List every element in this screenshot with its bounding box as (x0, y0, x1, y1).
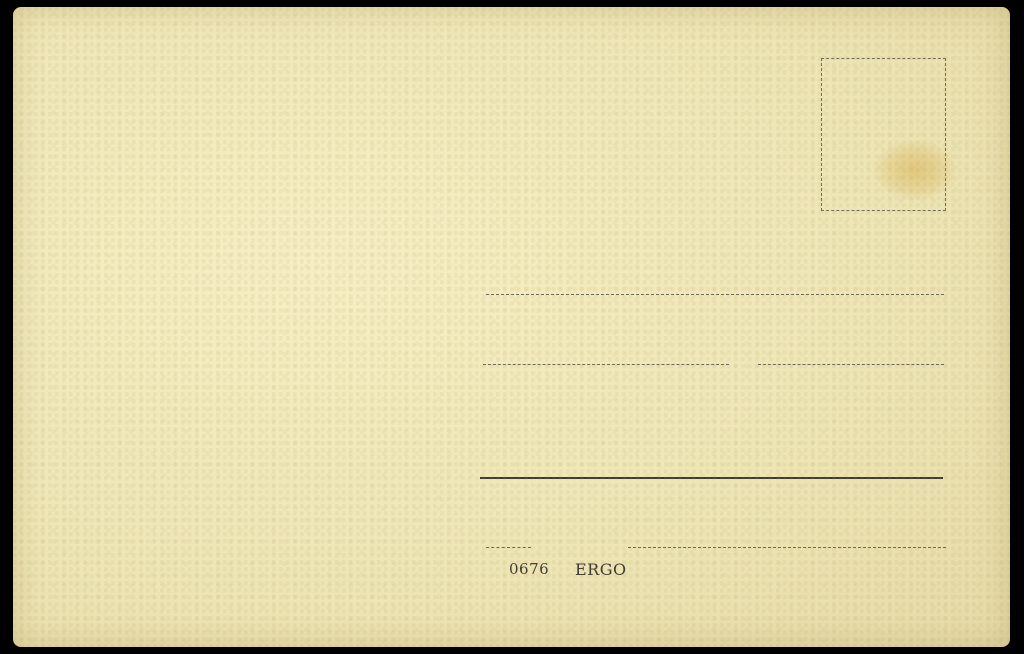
address-line-4-left (486, 547, 531, 548)
stain (875, 140, 955, 200)
address-line-2-right (758, 364, 944, 365)
address-line-4-right (628, 547, 946, 548)
publisher-name: ERGO (575, 560, 627, 579)
postcard-back: 0676 ERGO (13, 7, 1010, 647)
address-line-1 (486, 294, 944, 295)
card-code: 0676 (509, 560, 549, 578)
address-line-2-left (483, 364, 729, 365)
address-line-3 (480, 477, 943, 479)
